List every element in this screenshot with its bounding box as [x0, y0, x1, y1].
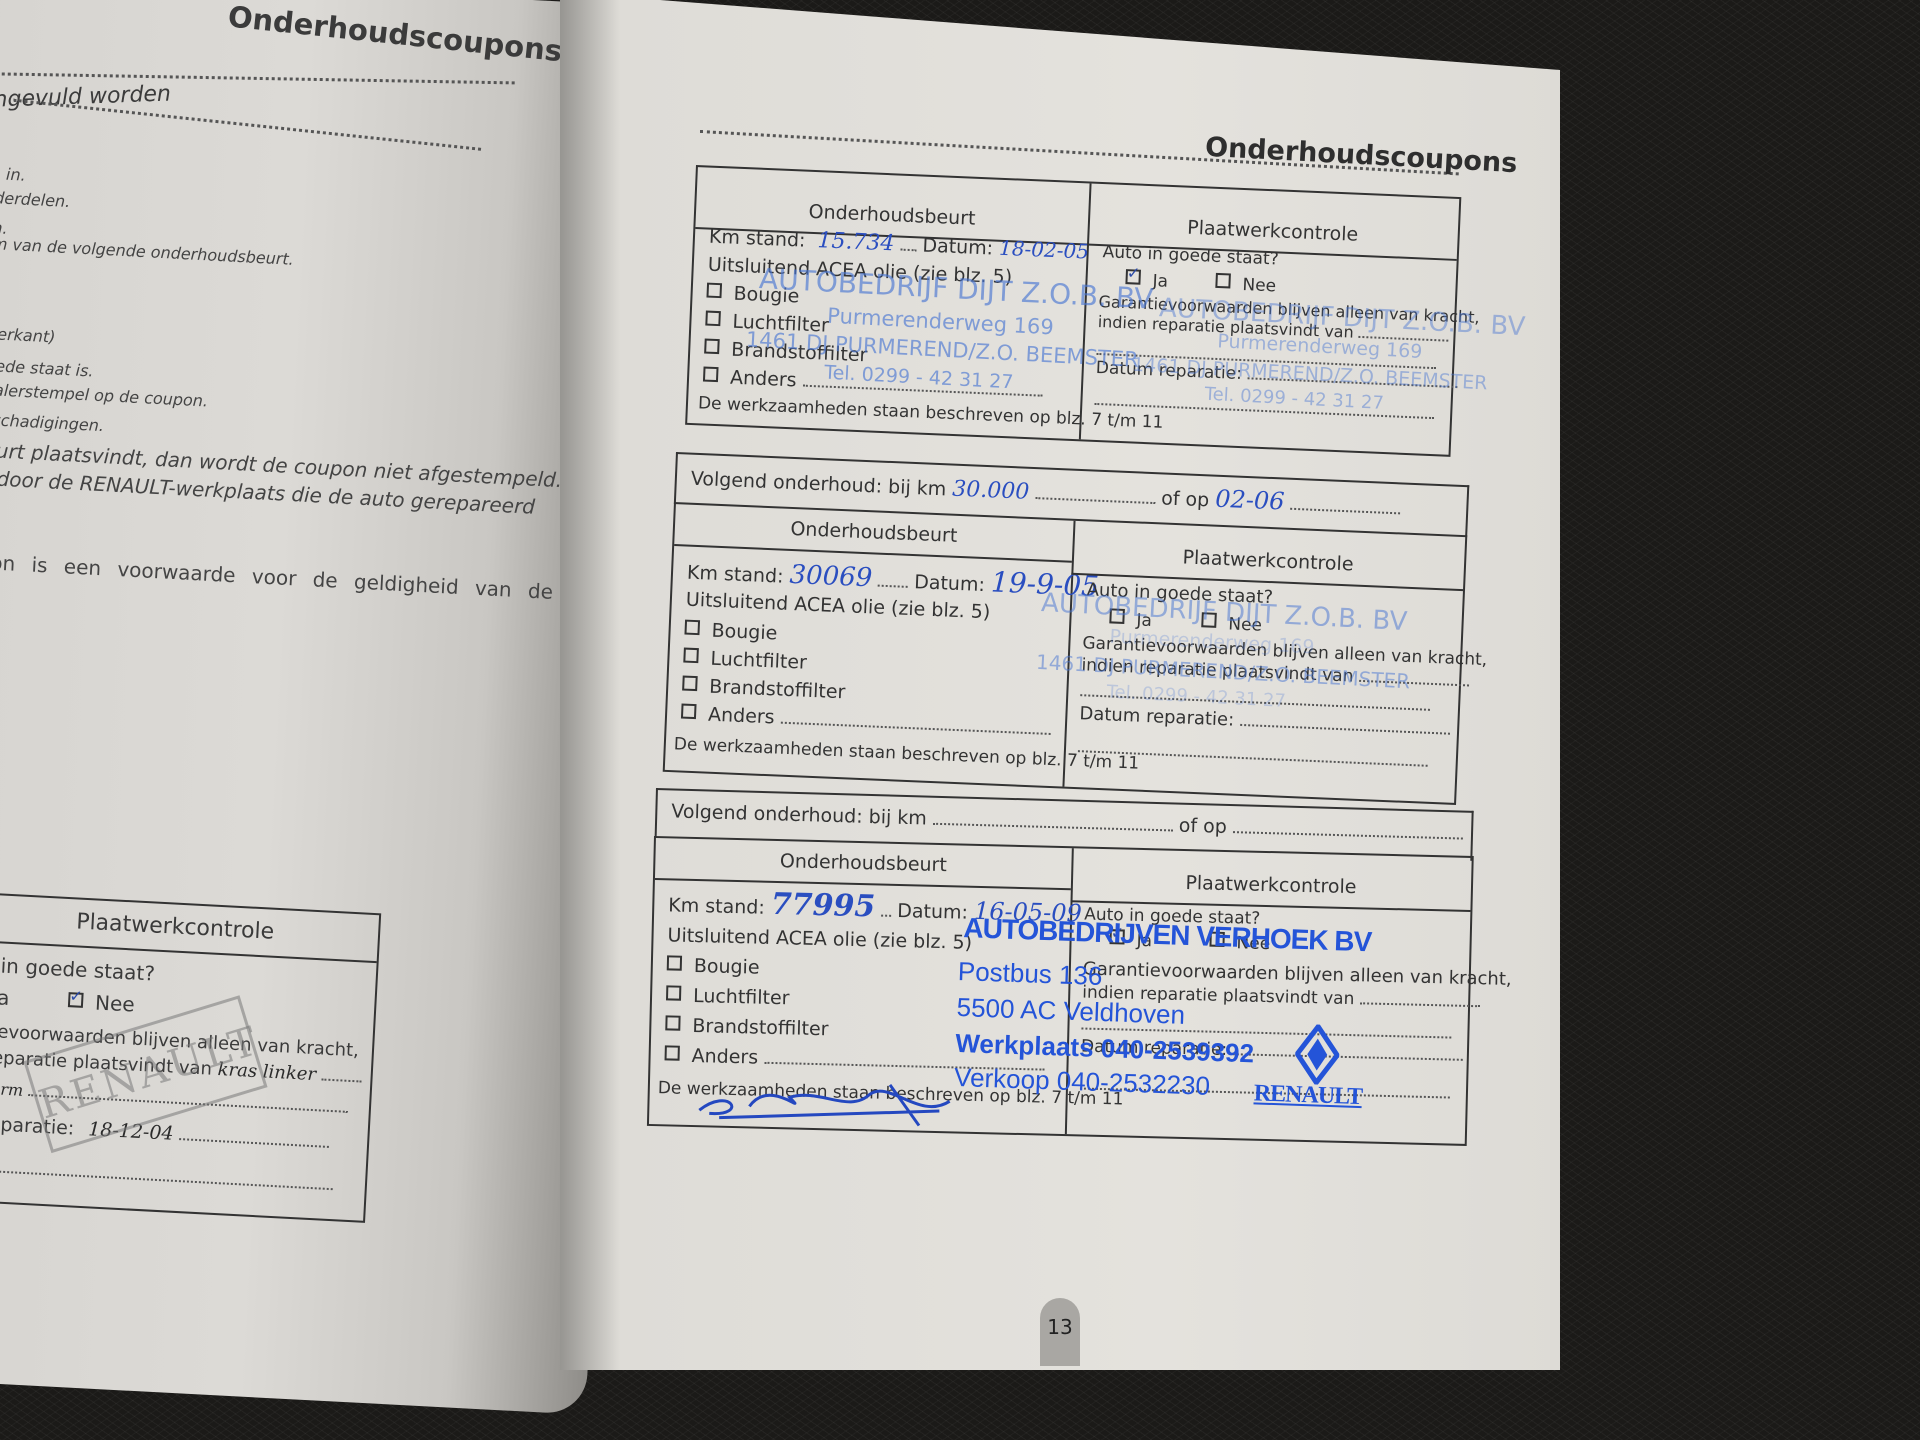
instruction-line: nderdelen. — [0, 188, 71, 211]
subtitle-divider — [13, 99, 481, 151]
brandstoffilter-checkbox[interactable] — [665, 1015, 680, 1030]
empty-line — [0, 1150, 334, 1195]
ja-label: Ja — [1152, 271, 1168, 292]
nee-checkbox[interactable] — [1215, 273, 1231, 289]
nee-label: Nee — [1242, 275, 1276, 296]
datum-value[interactable]: 18-02-05 — [999, 236, 1090, 264]
dotted-line — [878, 585, 908, 588]
instruction-line: nderkant) — [0, 323, 56, 346]
km-stand-label: Km stand: — [687, 562, 784, 588]
luchtfilter-checkbox[interactable] — [705, 311, 721, 327]
luchtfilter-checkbox[interactable] — [666, 985, 681, 1000]
km-stand-label: Km stand: — [709, 226, 806, 252]
bougie-label: Bougie — [694, 955, 760, 979]
instruction-line: upon is een voorwaarde voor de geldighei… — [0, 549, 554, 604]
onderhoudsbeurt-section: Onderhoudsbeurt Km stand: 30069 Datum: 1… — [665, 504, 1076, 787]
km-stand-value[interactable]: 30069 — [789, 560, 873, 593]
anders-label: Anders — [730, 367, 797, 392]
nee-option[interactable]: Nee — [1215, 273, 1276, 297]
dotted-line — [179, 1138, 329, 1148]
datum-reparatie-field[interactable] — [1240, 724, 1450, 735]
luchtfilter-checkbox[interactable] — [683, 648, 699, 664]
nee-option[interactable]: Nee — [68, 989, 136, 1016]
luchtfilter-option[interactable]: Luchtfilter — [666, 984, 790, 1009]
km-stand-label: Km stand: — [668, 894, 765, 918]
dotted-line — [1078, 750, 1428, 767]
renault-brand-text: RENAULT — [1253, 1080, 1362, 1111]
brandstoffilter-label: Brandstoffilter — [709, 676, 846, 704]
datum-reparatie-field[interactable] — [1232, 1053, 1462, 1061]
left-page-title: Onderhoudscoupons — [226, 0, 563, 68]
anders-option[interactable]: Anders — [681, 702, 1051, 739]
dotted-line — [780, 722, 1050, 735]
of-op-label: of op — [1161, 487, 1210, 511]
anders-checkbox[interactable] — [703, 366, 719, 382]
acea-label: Uitsluitend ACEA olie (zie blz. 5) — [667, 924, 972, 953]
ja-option[interactable]: Ja — [0, 984, 10, 1010]
nee-checkbox-checked[interactable] — [68, 992, 84, 1008]
dotted-line — [1035, 497, 1155, 504]
km-stand-value[interactable]: 15.734 — [817, 228, 895, 256]
km-stand-value[interactable]: 77995 — [770, 887, 875, 925]
luchtfilter-label: Luchtfilter — [710, 648, 807, 674]
volgend-onderhoud-label: Volgend onderhoud: bij km — [671, 800, 927, 829]
question-label: Auto in goede staat? — [0, 951, 156, 986]
ja-label: Ja — [0, 985, 10, 1010]
of-op-label: of op — [1179, 815, 1228, 838]
dotted-line — [900, 249, 916, 252]
gutter-shadow — [560, 0, 620, 1370]
bougie-option[interactable]: Bougie — [667, 954, 760, 978]
title-divider — [0, 72, 515, 85]
instruction-line: beschadigingen. — [0, 409, 105, 435]
brandstoffilter-option[interactable]: Brandstoffilter — [665, 1014, 829, 1040]
instruction-line: dealerstempel op de coupon. — [0, 379, 209, 410]
dotted-line — [1360, 1002, 1480, 1007]
next-service-km: Volgend onderhoud: bij km of op — [671, 800, 1463, 844]
repair-value-2[interactable]: voorscherm — [0, 1076, 24, 1100]
anders-label: Anders — [708, 704, 775, 729]
nee-label: Nee — [95, 991, 136, 1017]
brandstoffilter-label: Brandstoffilter — [692, 1015, 829, 1040]
anders-checkbox[interactable] — [681, 703, 697, 719]
next-km-field[interactable] — [933, 823, 1173, 832]
datum-label: Datum: — [897, 900, 968, 924]
anders-checkbox[interactable] — [665, 1045, 680, 1060]
instruction-line: um van de volgende onderhoudsbeurt. — [0, 234, 294, 269]
dotted-line — [1290, 508, 1400, 515]
dotted-line — [0, 1167, 333, 1190]
onderhoudsbeurt-header: Onderhoudsbeurt — [655, 838, 1072, 890]
bougie-label: Bougie — [711, 620, 778, 645]
next-km-value[interactable]: 30.000 — [952, 477, 1030, 505]
datum-label: Datum: — [914, 571, 986, 596]
page-number: 13 — [1040, 1298, 1080, 1366]
brandstoffilter-checkbox[interactable] — [682, 676, 698, 692]
luchtfilter-option[interactable]: Luchtfilter — [683, 647, 807, 674]
dotted-line — [321, 1078, 361, 1082]
instruction-line: m in. — [0, 164, 26, 185]
bougie-checkbox[interactable] — [706, 283, 722, 299]
instruction-line: goede staat is. — [0, 355, 94, 380]
brandstoffilter-option[interactable]: Brandstoffilter — [682, 675, 846, 704]
brandstoffilter-checkbox[interactable] — [704, 339, 720, 355]
luchtfilter-label: Luchtfilter — [693, 985, 790, 1009]
bougie-checkbox[interactable] — [684, 620, 700, 636]
signature — [689, 1065, 980, 1132]
next-date-value[interactable]: 02-06 — [1215, 485, 1285, 516]
plaatwerk-header: Plaatwerkcontrole — [0, 892, 379, 963]
empty-line — [1078, 735, 1429, 772]
datum-label: Datum: — [922, 235, 994, 260]
stamp-line: Postbus 136 — [957, 956, 1103, 992]
renault-logo-icon — [1294, 1024, 1340, 1085]
plaatwerk-header: Plaatwerkcontrole — [1071, 860, 1472, 912]
bougie-option[interactable]: Bougie — [684, 619, 778, 645]
bougie-checkbox[interactable] — [667, 955, 682, 970]
next-date-field[interactable] — [1233, 831, 1463, 839]
volgend-onderhoud-label: Volgend onderhoud: bij km — [690, 468, 946, 501]
dotted-line — [881, 915, 891, 917]
